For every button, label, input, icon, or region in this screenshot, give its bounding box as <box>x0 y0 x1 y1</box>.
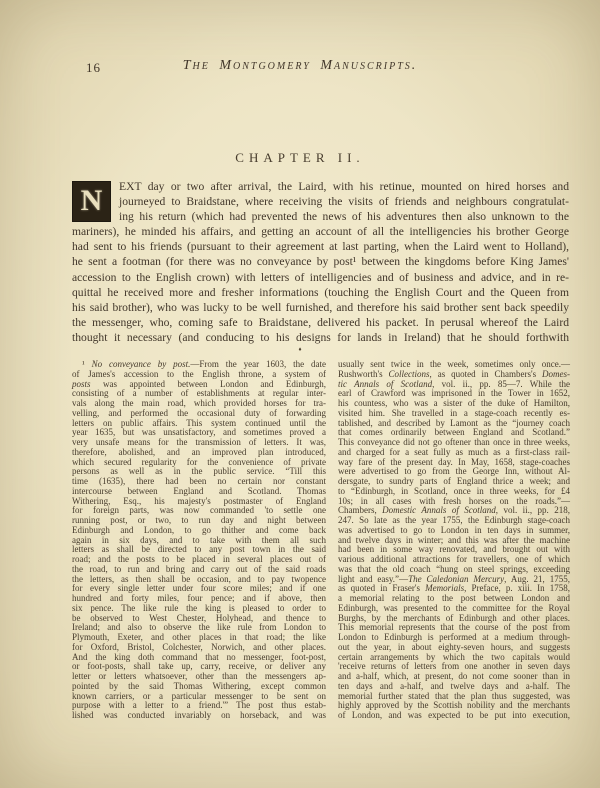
text-line: accession to the English crown) with let… <box>72 270 569 285</box>
book-page: 16 The Montgomery Manuscripts. CHAPTER I… <box>0 0 600 788</box>
text-line: quittal he received more and fresher inf… <box>72 285 569 300</box>
text-line: EXT day or two after arrival, the Laird,… <box>72 179 569 194</box>
running-title: The Montgomery Manuscripts. <box>0 58 600 74</box>
text-line: his said brother), who was lucky to be w… <box>72 300 569 315</box>
footnote-separator-ornament: ♦ <box>0 347 600 353</box>
text-line: thought it necessary (and conducing to h… <box>72 330 569 345</box>
text-line: mariners), he minded his affairs, and ge… <box>72 224 569 239</box>
page-header: 16 The Montgomery Manuscripts. <box>0 58 600 78</box>
text-line: he sent a footman (for there was no conv… <box>72 254 569 269</box>
text-line: of London, and was expected to be put in… <box>338 711 570 721</box>
text-line: ing his return (which had prevented the … <box>72 209 569 224</box>
footnote-left-column: ¹ No conveyance by post.—From the year 1… <box>72 360 326 721</box>
text-line: lished was conducted invariably on horse… <box>72 711 326 721</box>
text-line: the messenger, who, coming safe to Braid… <box>72 315 569 330</box>
body-paragraph: EXT day or two after arrival, the Laird,… <box>72 179 569 345</box>
chapter-heading: CHAPTER II. <box>0 150 600 166</box>
footnote: ¹ No conveyance by post.—From the year 1… <box>72 360 570 721</box>
text-line: journeyed to Braidstane, where receiving… <box>72 194 569 209</box>
text-line: had sent to his friends (pursuant to the… <box>72 239 569 254</box>
footnote-right-column: usually sent twice in the week, sometime… <box>338 360 570 721</box>
